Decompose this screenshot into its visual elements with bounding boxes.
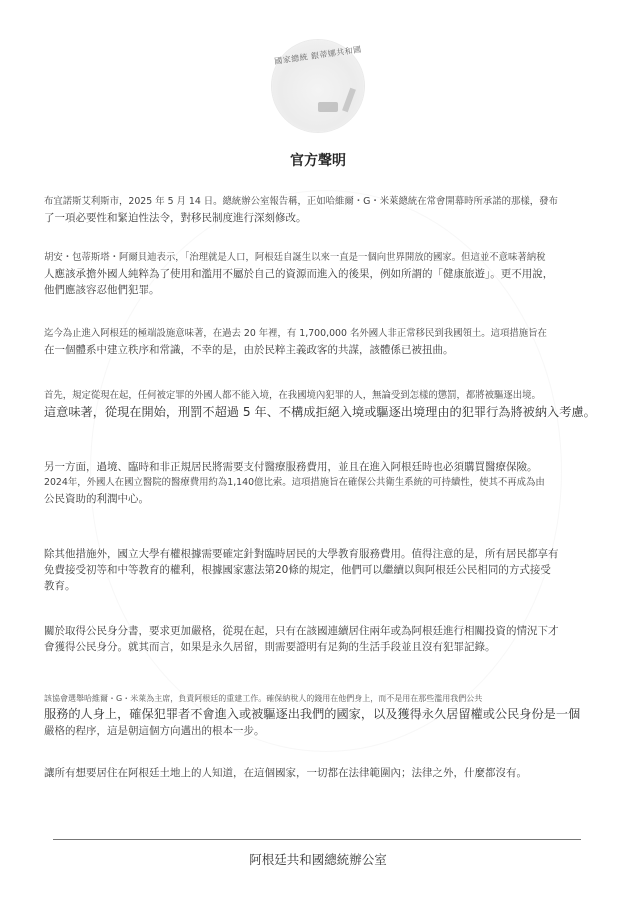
text-line: 嚴格的程序，這是朝這個方向邁出的根本一步。	[44, 723, 594, 739]
seal-text: 國家總統 銀蒂娜共和國	[272, 44, 365, 68]
text-line: 服務的人身上，確保犯罪者不會進入或被驅逐出我們的國家，以及獲得永久居留權或公民身…	[44, 706, 594, 723]
text-line: 另一方面，過境、臨時和非正規居民將需要支付醫療服務費用，並且在進入阿根廷時也必須…	[44, 459, 594, 475]
paragraph-4: 首先，規定從現在起，任何被定罪的外國人都不能入境，在我國境內犯罪的人，無論受到怎…	[44, 388, 594, 421]
text-line: 他們應該容忍他們犯罪。	[44, 282, 594, 298]
text-line: 教育。	[44, 578, 594, 594]
text-line: 布宜諾斯艾利斯市，2025 年 5 月 14 日。總統辦公室報告稱，正如哈維爾・…	[44, 194, 594, 210]
paragraph-5: 另一方面，過境、臨時和非正規居民將需要支付醫療服務費用，並且在進入阿根廷時也必須…	[44, 459, 594, 507]
text-line: 該協會選舉哈維爾・G・米萊為主席，負責阿根廷的重建工作。確保納稅人的錢用在他們身…	[44, 692, 594, 706]
text-line: 會獲得公民身分。就其而言，如果是永久居留，則需要證明有足夠的生活手段並且沒有犯罪…	[44, 639, 594, 655]
text-line: 公民資助的利潤中心。	[44, 491, 594, 507]
text-line: 這意味著，從現在開始，刑罰不超過 5 年、不構成拒絕入境或驅逐出境理由的犯罪行為…	[44, 404, 594, 421]
paragraph-2: 胡安・包蒂斯塔・阿爾貝迪表示，「治理就是人口，阿根廷自誕生以來一直是一個向世界開…	[44, 250, 594, 298]
seal-emblem	[318, 102, 338, 112]
text-line: 在一個體系中建立秩序和常識，不幸的是，由於民粹主義政客的共謀，該體係已被扭曲。	[44, 342, 594, 358]
text-line: 迄今為止進入阿根廷的極端設施意味著，在過去 20 年裡，有 1,700,000 …	[44, 326, 594, 342]
paragraph-7: 關於取得公民身分書，要求更加嚴格，從現在起，只有在該國連續居住兩年或為阿根廷進行…	[44, 623, 594, 655]
text-line: 了一項必要性和緊迫性法令，對移民制度進行深刻修改。	[44, 210, 594, 226]
paragraph-8: 該協會選舉哈維爾・G・米萊為主席，負責阿根廷的重建工作。確保納稅人的錢用在他們身…	[44, 692, 594, 739]
text-line: 人應該承擔外國人純粹為了使用和濫用不屬於自己的資源而進入的後果，例如所謂的「健康…	[44, 266, 594, 282]
paragraph-1: 布宜諾斯艾利斯市，2025 年 5 月 14 日。總統辦公室報告稱，正如哈維爾・…	[44, 194, 594, 226]
footer-signature: 阿根廷共和國總統辦公室	[0, 850, 636, 868]
text-line: 免費接受初等和中等教育的權利，根據國家憲法第20條的規定，他們可以繼續以與阿根廷…	[44, 562, 594, 578]
official-seal-icon: 國家總統 銀蒂娜共和國	[272, 40, 364, 132]
text-line: 2024年，外國人在國立醫院的醫療費用約為1,140億比索。這項措施旨在確保公共…	[44, 475, 594, 491]
text-line: 首先，規定從現在起，任何被定罪的外國人都不能入境，在我國境內犯罪的人，無論受到怎…	[44, 388, 594, 404]
paragraph-6: 除其他措施外，國立大學有權根據需要確定針對臨時居民的大學教育服務費用。值得注意的…	[44, 546, 594, 594]
footer-divider	[53, 839, 581, 840]
document-title: 官方聲明	[0, 150, 636, 170]
paragraph-9: 讓所有想要居住在阿根廷土地上的人知道，在這個國家，一切都在法律範圍內；法律之外，…	[44, 765, 594, 781]
text-line: 胡安・包蒂斯塔・阿爾貝迪表示，「治理就是人口，阿根廷自誕生以來一直是一個向世界開…	[44, 250, 594, 266]
seal-stripe	[342, 88, 356, 113]
text-line: 關於取得公民身分書，要求更加嚴格，從現在起，只有在該國連續居住兩年或為阿根廷進行…	[44, 623, 594, 639]
paragraph-3: 迄今為止進入阿根廷的極端設施意味著，在過去 20 年裡，有 1,700,000 …	[44, 326, 594, 358]
text-line: 讓所有想要居住在阿根廷土地上的人知道，在這個國家，一切都在法律範圍內；法律之外，…	[44, 765, 594, 781]
text-line: 除其他措施外，國立大學有權根據需要確定針對臨時居民的大學教育服務費用。值得注意的…	[44, 546, 594, 562]
